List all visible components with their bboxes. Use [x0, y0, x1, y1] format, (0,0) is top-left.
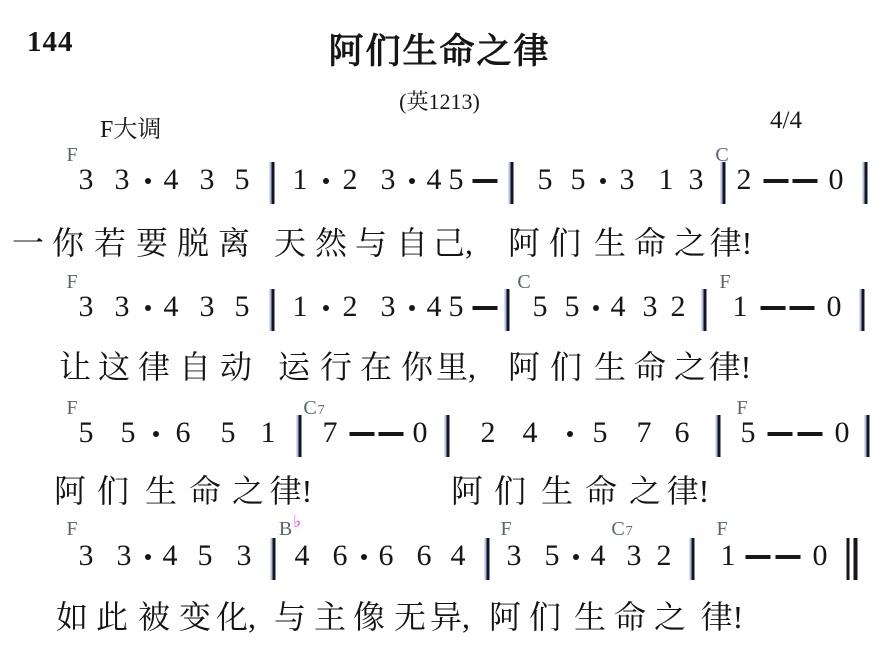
note-digit: 4 — [288, 543, 316, 569]
barline — [865, 162, 868, 204]
lyric-char: 让 — [59, 351, 91, 383]
note: 4 — [604, 294, 632, 320]
lyric-char: 命 — [189, 475, 221, 507]
chord-symbol: F — [66, 145, 77, 165]
lyric-char: 律! — [709, 351, 752, 383]
held-beat-dash — [798, 432, 823, 436]
note-digit: 0 — [822, 167, 850, 193]
note: 4 — [444, 543, 472, 569]
lyric-char: 命 — [634, 351, 666, 383]
barline — [272, 289, 275, 331]
note: 5 — [734, 420, 762, 446]
lyric-char: 之 — [629, 475, 661, 507]
lyric-char: 生 — [574, 601, 606, 633]
lyric-char: 生 — [541, 475, 573, 507]
note-digit: 4 — [157, 294, 185, 320]
barline — [723, 162, 726, 204]
note: 4 — [157, 167, 185, 193]
held-beat-dash — [746, 555, 771, 559]
barline — [692, 538, 695, 580]
note: 3 — [620, 543, 648, 569]
held-beat-dash — [764, 179, 789, 183]
barline — [272, 162, 275, 204]
lyric-char: 离 — [218, 227, 250, 259]
note-digit: 4 — [156, 543, 184, 569]
note-digit: 3 — [72, 294, 100, 320]
note: 1 — [726, 294, 754, 320]
lyric-char: 你 — [401, 351, 433, 383]
lyric-char: 与 — [355, 227, 387, 259]
note-digit: 2 — [474, 420, 502, 446]
chord-root: F — [66, 518, 77, 540]
note: 3 — [72, 543, 100, 569]
lyric-char: 然 — [315, 227, 347, 259]
held-beat-dash — [350, 432, 375, 436]
note: 6 — [169, 420, 197, 446]
note-digit: 5 — [531, 167, 559, 193]
note-digit: 3 — [374, 294, 402, 320]
lyric-char: 无 — [394, 601, 426, 633]
lyric-char: 动 — [220, 351, 252, 383]
lyric-char: 像 — [353, 601, 385, 633]
barline — [299, 415, 302, 457]
rest-zero: 0 — [828, 420, 856, 446]
note: 3 — [613, 167, 641, 193]
note: 2 — [474, 420, 502, 446]
music-sheet: 144 阿们生命之律 (英1213) F大调 4/4 FC33435123455… — [0, 0, 879, 656]
augmentation-dot — [409, 178, 415, 184]
chord-root: C — [611, 518, 624, 540]
lyric-char: 异, — [430, 601, 470, 633]
held-beat-dash — [379, 432, 404, 436]
note-digit: 5 — [558, 294, 586, 320]
note-digit: 0 — [406, 420, 434, 446]
barline — [862, 289, 865, 331]
note-digit: 6 — [326, 543, 354, 569]
augmentation-dot — [145, 554, 151, 560]
page-title: 阿们生命之律 — [0, 24, 879, 74]
note-digit: 5 — [191, 543, 219, 569]
held-beat-dash — [793, 179, 818, 183]
note-digit: 7 — [316, 420, 344, 446]
note: 6 — [668, 420, 696, 446]
lyric-char: 若 — [94, 227, 126, 259]
lyric-char: 你 — [52, 227, 84, 259]
note: 3 — [374, 294, 402, 320]
augmentation-dot — [567, 431, 573, 437]
chord-symbol: F — [736, 398, 747, 418]
note-digit: 0 — [820, 294, 848, 320]
lyric-char: 行 — [320, 351, 352, 383]
note: 5 — [442, 294, 470, 320]
note: 1 — [652, 167, 680, 193]
note: 4 — [516, 420, 544, 446]
note-digit: 3 — [193, 167, 221, 193]
note: 1 — [254, 420, 282, 446]
note: 5 — [72, 420, 100, 446]
barline — [447, 415, 450, 457]
lyric-char: 阿 — [508, 227, 540, 259]
augmentation-dot — [145, 178, 151, 184]
note-digit: 3 — [108, 294, 136, 320]
chord-symbol: B♭ — [279, 519, 301, 539]
note-digit: 5 — [214, 420, 242, 446]
lyric-char: 阿 — [489, 601, 521, 633]
augmentation-dot — [145, 305, 151, 311]
held-beat-dash — [776, 555, 801, 559]
chord-root: F — [66, 144, 77, 166]
lyric-char: 己, — [433, 227, 473, 259]
note-digit: 1 — [254, 420, 282, 446]
note-digit: 5 — [564, 167, 592, 193]
lyric-char: 之 — [654, 601, 686, 633]
chord-symbol: F — [500, 519, 511, 539]
note: 5 — [114, 420, 142, 446]
held-beat-dash — [768, 432, 793, 436]
note: 5 — [228, 167, 256, 193]
lyric-char: 这 — [98, 351, 130, 383]
note: 3 — [193, 294, 221, 320]
lyric-char: 们 — [529, 601, 561, 633]
note-digit: 5 — [526, 294, 554, 320]
lyric-char: 之 — [232, 475, 264, 507]
lyric-char: 阿 — [54, 475, 86, 507]
note: 3 — [110, 543, 138, 569]
barline — [487, 538, 490, 580]
note-digit: 2 — [664, 294, 692, 320]
chord-symbol: F — [716, 519, 727, 539]
note: 4 — [157, 294, 185, 320]
note-digit: 3 — [613, 167, 641, 193]
note: 5 — [214, 420, 242, 446]
lyric-char: 律! — [701, 601, 744, 633]
note-digit: 5 — [586, 420, 614, 446]
note: 3 — [72, 294, 100, 320]
rest-zero: 0 — [806, 543, 834, 569]
chord-root: B — [279, 518, 292, 540]
note: 1 — [286, 294, 314, 320]
note-digit: 5 — [72, 420, 100, 446]
note: 6 — [372, 543, 400, 569]
chord-symbol: C — [517, 272, 530, 292]
note: 5 — [586, 420, 614, 446]
note-digit: 2 — [336, 167, 364, 193]
augmentation-dot — [409, 305, 415, 311]
lyric-char: 里, — [436, 351, 476, 383]
note: 7 — [316, 420, 344, 446]
note: 2 — [336, 167, 364, 193]
note-digit: 6 — [668, 420, 696, 446]
note-digit: 1 — [714, 543, 742, 569]
lyric-char: 化, — [216, 601, 256, 633]
note-digit: 1 — [286, 167, 314, 193]
note-digit: 5 — [114, 420, 142, 446]
note: 3 — [636, 294, 664, 320]
rest-zero: 0 — [820, 294, 848, 320]
chord-root: F — [716, 518, 727, 540]
note: 6 — [410, 543, 438, 569]
lyric-char: 主 — [314, 601, 346, 633]
augmentation-dot — [153, 431, 159, 437]
note: 5 — [442, 167, 470, 193]
lyric-char: 与 — [274, 601, 306, 633]
note: 3 — [230, 543, 258, 569]
note-digit: 2 — [730, 167, 758, 193]
barline — [273, 538, 276, 580]
note-digit: 1 — [726, 294, 754, 320]
lyric-char: 脱 — [177, 227, 209, 259]
note-digit: 3 — [636, 294, 664, 320]
lyric-char: 阿 — [451, 475, 483, 507]
note-digit: 1 — [652, 167, 680, 193]
lyric-char: 命 — [634, 227, 666, 259]
note: 5 — [531, 167, 559, 193]
note-digit: 4 — [516, 420, 544, 446]
augmentation-dot — [323, 178, 329, 184]
note-digit: 3 — [72, 543, 100, 569]
chord-root: C — [517, 271, 530, 293]
chord-seventh: 7 — [626, 524, 633, 539]
note: 5 — [191, 543, 219, 569]
lyric-char: 要 — [136, 227, 168, 259]
note: 2 — [664, 294, 692, 320]
note: 4 — [288, 543, 316, 569]
note: 3 — [108, 167, 136, 193]
note: 4 — [156, 543, 184, 569]
barline — [718, 415, 721, 457]
held-beat-dash — [473, 179, 498, 183]
lyric-char: 运 — [278, 351, 310, 383]
note: 1 — [286, 167, 314, 193]
flat-icon: ♭ — [293, 512, 301, 531]
note-digit: 4 — [584, 543, 612, 569]
augmentation-dot — [600, 178, 606, 184]
lyric-char: 命 — [614, 601, 646, 633]
note: 1 — [714, 543, 742, 569]
note-digit: 4 — [604, 294, 632, 320]
note: 3 — [193, 167, 221, 193]
note-digit: 3 — [110, 543, 138, 569]
lyric-char: 阿 — [508, 351, 540, 383]
note: 5 — [558, 294, 586, 320]
lyric-char: 被 — [138, 601, 170, 633]
chord-root: C — [303, 397, 316, 419]
barline — [511, 162, 514, 204]
lyric-char: 在 — [360, 351, 392, 383]
note: 4 — [584, 543, 612, 569]
lyric-char: 之 — [674, 227, 706, 259]
note-digit: 3 — [230, 543, 258, 569]
note: 3 — [682, 167, 710, 193]
note: 2 — [336, 294, 364, 320]
chord-root: F — [719, 271, 730, 293]
note: 5 — [564, 167, 592, 193]
verse-number: 一 — [12, 227, 44, 259]
lyric-char: 如 — [56, 601, 88, 633]
note-digit: 2 — [336, 294, 364, 320]
lyric-char: 律 — [138, 351, 170, 383]
augmentation-dot — [593, 305, 599, 311]
time-signature: 4/4 — [770, 107, 802, 135]
final-double-barline — [847, 538, 858, 580]
note: 5 — [538, 543, 566, 569]
augmentation-dot — [573, 554, 579, 560]
chord-root: F — [66, 397, 77, 419]
lyric-char: 生 — [594, 351, 626, 383]
note: 3 — [374, 167, 402, 193]
note: 2 — [730, 167, 758, 193]
barline — [704, 289, 707, 331]
note: 3 — [72, 167, 100, 193]
note-digit: 6 — [372, 543, 400, 569]
note-digit: 0 — [806, 543, 834, 569]
held-beat-dash — [473, 306, 498, 310]
held-beat-dash — [761, 306, 786, 310]
note-digit: 5 — [538, 543, 566, 569]
chord-symbol: C7 — [611, 519, 632, 539]
note-digit: 4 — [157, 167, 185, 193]
chord-symbol: F — [719, 272, 730, 292]
note-digit: 4 — [444, 543, 472, 569]
note-digit: 3 — [72, 167, 100, 193]
barline — [867, 415, 870, 457]
lyric-char: 此 — [96, 601, 128, 633]
lyric-char: 自 — [396, 227, 428, 259]
chord-symbol: F — [66, 519, 77, 539]
lyric-char: 自 — [179, 351, 211, 383]
note: 7 — [630, 420, 658, 446]
lyric-char: 们 — [549, 227, 581, 259]
note-digit: 3 — [500, 543, 528, 569]
note-digit: 5 — [442, 167, 470, 193]
note-digit: 3 — [108, 167, 136, 193]
barline — [507, 289, 510, 331]
lyric-char: 们 — [550, 351, 582, 383]
note: 5 — [228, 294, 256, 320]
lyric-char: 命 — [585, 475, 617, 507]
rest-zero: 0 — [822, 167, 850, 193]
note-digit: 6 — [410, 543, 438, 569]
note-digit: 5 — [228, 167, 256, 193]
lyric-char: 生 — [145, 475, 177, 507]
note-digit: 0 — [828, 420, 856, 446]
note-digit: 3 — [620, 543, 648, 569]
lyric-char: 们 — [97, 475, 129, 507]
note-digit: 3 — [193, 294, 221, 320]
note: 6 — [326, 543, 354, 569]
note-digit: 5 — [228, 294, 256, 320]
note-digit: 1 — [286, 294, 314, 320]
chord-symbol: F — [66, 398, 77, 418]
key-signature: F大调 — [100, 109, 161, 144]
lyric-char: 律! — [270, 475, 313, 507]
note-digit: 5 — [442, 294, 470, 320]
lyric-char: 律! — [710, 227, 753, 259]
note-digit: 7 — [630, 420, 658, 446]
chord-symbol: F — [66, 272, 77, 292]
note: 2 — [650, 543, 678, 569]
lyric-char: 们 — [494, 475, 526, 507]
rest-zero: 0 — [406, 420, 434, 446]
lyric-char: 生 — [594, 227, 626, 259]
note-digit: 3 — [374, 167, 402, 193]
note: 3 — [500, 543, 528, 569]
chord-root: F — [500, 518, 511, 540]
lyric-char: 天 — [274, 227, 306, 259]
augmentation-dot — [361, 554, 367, 560]
lyric-char: 变 — [179, 601, 211, 633]
chord-symbol: C7 — [303, 398, 324, 418]
note-digit: 5 — [734, 420, 762, 446]
note-digit: 6 — [169, 420, 197, 446]
augmentation-dot — [323, 305, 329, 311]
note: 5 — [526, 294, 554, 320]
note-digit: 3 — [682, 167, 710, 193]
lyric-char: 律! — [667, 475, 710, 507]
lyric-char: 之 — [674, 351, 706, 383]
held-beat-dash — [790, 306, 815, 310]
note: 3 — [108, 294, 136, 320]
chord-root: F — [66, 271, 77, 293]
note-digit: 2 — [650, 543, 678, 569]
